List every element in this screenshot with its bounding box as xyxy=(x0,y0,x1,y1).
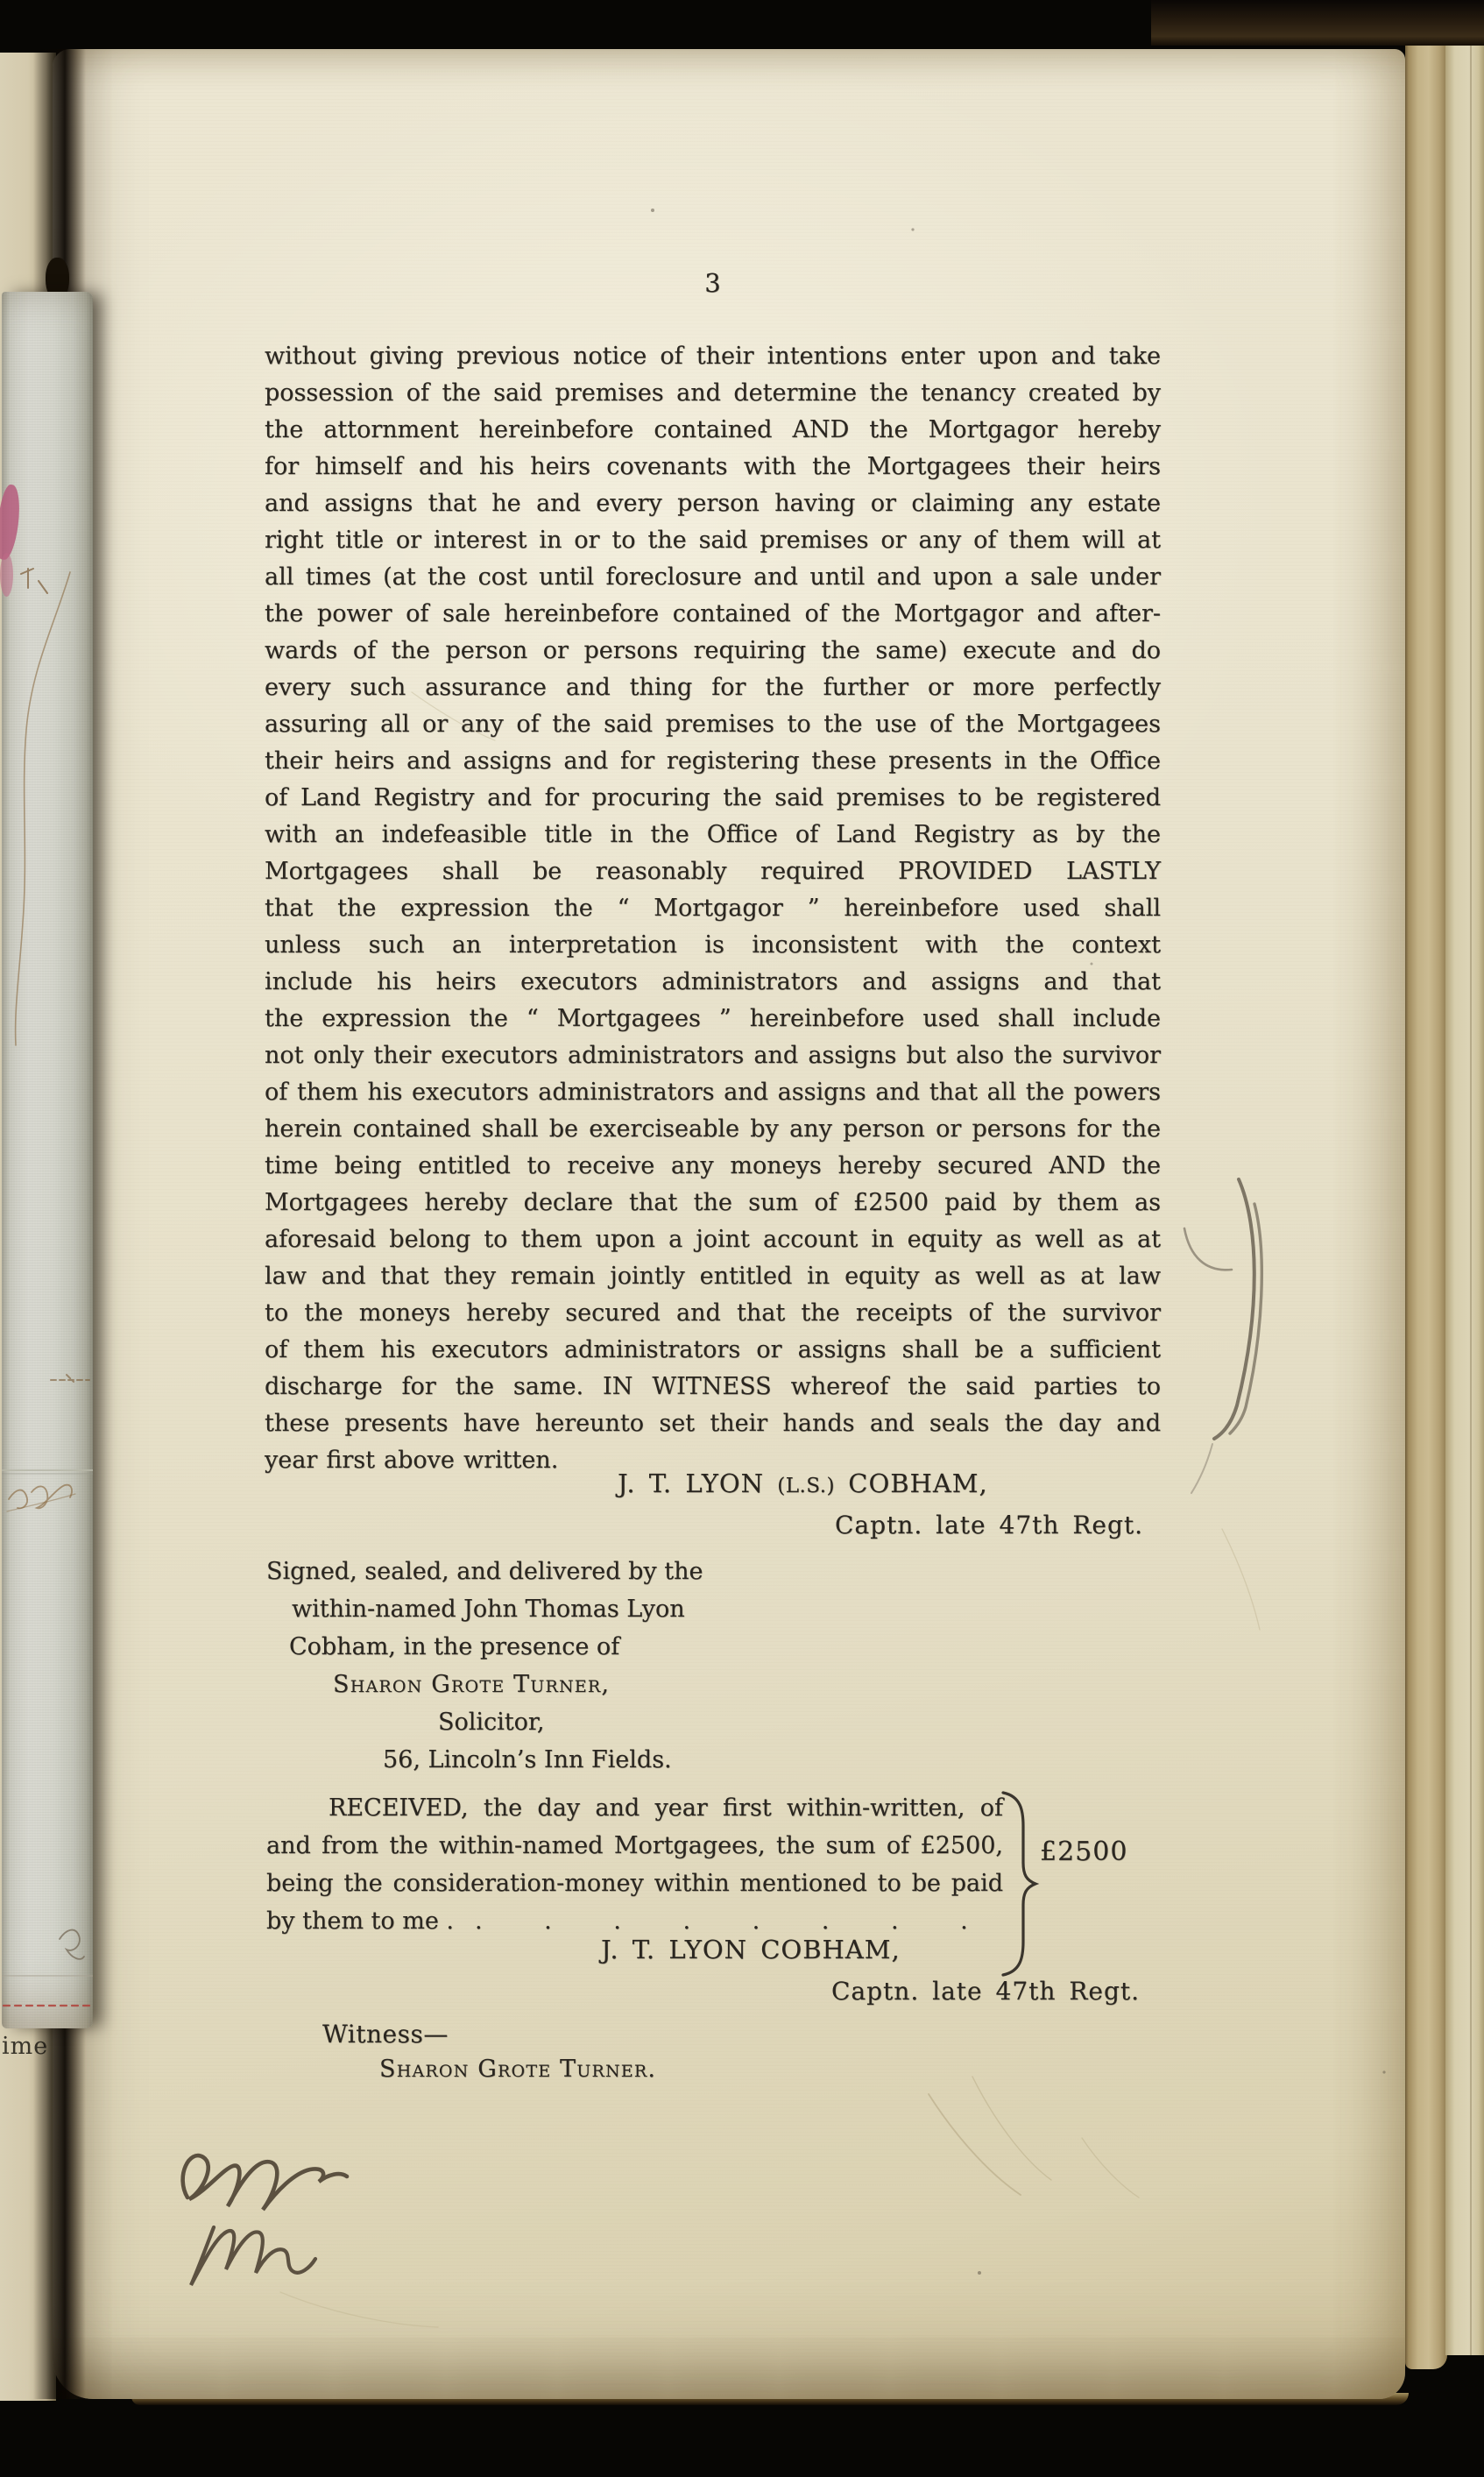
body-line: Mortgagees hereby declare that the sum o… xyxy=(265,1185,1161,1221)
body-line: assuring all or any of the said premises… xyxy=(265,706,1161,743)
body-line: possession of the said premises and dete… xyxy=(265,375,1161,412)
pink-map-stain xyxy=(0,553,13,597)
folded-plan-edge-strip xyxy=(2,292,93,2028)
body-line: to the moneys hereby secured and that th… xyxy=(265,1295,1161,1332)
body-line: herein contained shall be exerciseable b… xyxy=(265,1111,1161,1148)
witness-name: Sharon Grote Turner. xyxy=(379,2056,656,2083)
left-page-text-fragment: ime xyxy=(2,2033,48,2060)
body-line: discharge for the same. IN WITNESS where… xyxy=(265,1369,1161,1405)
receipt-brace-icon xyxy=(1000,1786,1040,1982)
seal-mark: (L.S.) xyxy=(777,1475,835,1497)
body-line: the power of sale hereinbefore contained… xyxy=(265,596,1161,633)
body-line: include his heirs executors administrato… xyxy=(265,964,1161,1001)
receipt-dot-leaders: . . . . . . . . xyxy=(475,1907,970,1935)
attestation-line: 56, Lincoln’s Inn Fields. xyxy=(266,1741,703,1779)
page-number: 3 xyxy=(265,268,1161,298)
body-line: with an indefeasible title in the Office… xyxy=(265,817,1161,853)
attestation-witness-name: Sharon Grote Turner, xyxy=(266,1666,703,1703)
receipt-amount-annotation: £2500 xyxy=(1040,1837,1127,1867)
body-line: not only their executors administrators … xyxy=(265,1037,1161,1074)
attestation-line: within-named John Thomas Lyon xyxy=(266,1590,703,1628)
receipt-clause: RECEIVED, the day and year first within-… xyxy=(266,1789,1003,1940)
signature-name: J. T. LYON xyxy=(618,1469,777,1498)
body-line: these presents have hereunto set their h… xyxy=(265,1405,1161,1442)
body-line: right title or interest in or to the sai… xyxy=(265,522,1161,559)
receipt-signature-title: Captn. late 47th Regt. xyxy=(831,1977,1140,2006)
body-line: that the expression the “ Mortgagor ” he… xyxy=(265,890,1161,927)
binding-top-shadow xyxy=(1151,0,1484,46)
receipt-line: and from the within-named Mortgagees, th… xyxy=(266,1827,1003,1865)
scanned-deed-photograph: ime 3 without giving previous notice of … xyxy=(0,0,1484,2477)
body-line: of Land Registry and for procuring the s… xyxy=(265,780,1161,817)
receipt-line-text: by them to me . xyxy=(266,1907,454,1935)
attestation-line: Solicitor, xyxy=(266,1703,703,1741)
body-line: of them his executors administrators or … xyxy=(265,1332,1161,1369)
document-page: 3 without giving previous notice of thei… xyxy=(53,49,1405,2399)
receipt-line: being the consideration-money within men… xyxy=(266,1865,1003,1902)
body-line: every such assurance and thing for the f… xyxy=(265,669,1161,706)
body-line: wards of the person or persons requiring… xyxy=(265,633,1161,669)
body-line: of them his executors administrators and… xyxy=(265,1074,1161,1111)
body-line: unless such an interpretation is inconsi… xyxy=(265,927,1161,964)
attestation-line: Signed, sealed, and delivered by the xyxy=(266,1553,703,1590)
body-line: their heirs and assigns and for register… xyxy=(265,743,1161,780)
witness-label: Witness— xyxy=(322,2020,449,2049)
body-line: Mortgagees shall be reasonably required … xyxy=(265,853,1161,890)
body-line: aforesaid belong to them upon a joint ac… xyxy=(265,1221,1161,1258)
signature-name: COBHAM, xyxy=(835,1469,988,1498)
fore-edge-pages-inner xyxy=(1405,39,1447,2369)
attestation-line: Cobham, in the presence of xyxy=(266,1628,703,1666)
body-line: the expression the “ Mortgagees ” herein… xyxy=(265,1001,1161,1037)
handwritten-initials xyxy=(168,2122,370,2306)
fore-edge-pages-outer xyxy=(1445,32,1484,2355)
plan-strip-marks xyxy=(2,292,93,2028)
body-line: all times (at the cost until foreclosure… xyxy=(265,559,1161,596)
body-line: law and that they remain jointly entitle… xyxy=(265,1258,1161,1295)
deed-body-text: without giving previous notice of their … xyxy=(265,338,1161,1479)
body-line: without giving previous notice of their … xyxy=(265,338,1161,375)
margin-pencil-marks xyxy=(1181,1167,1295,1509)
body-line: for himself and his heirs covenants with… xyxy=(265,449,1161,485)
attestation-clause: Signed, sealed, and delivered by the wit… xyxy=(266,1553,703,1779)
body-line: and assigns that he and every person hav… xyxy=(265,485,1161,522)
body-line: the attornment hereinbefore contained AN… xyxy=(265,412,1161,449)
signature-mortgagor: J. T. LYON (L.S.) COBHAM, xyxy=(618,1469,988,1498)
body-line: time being entitled to receive any money… xyxy=(265,1148,1161,1185)
receipt-line: RECEIVED, the day and year first within-… xyxy=(266,1789,1003,1827)
signature-title: Captn. late 47th Regt. xyxy=(835,1511,1143,1539)
receipt-signature-name: J. T. LYON COBHAM, xyxy=(601,1935,901,1964)
